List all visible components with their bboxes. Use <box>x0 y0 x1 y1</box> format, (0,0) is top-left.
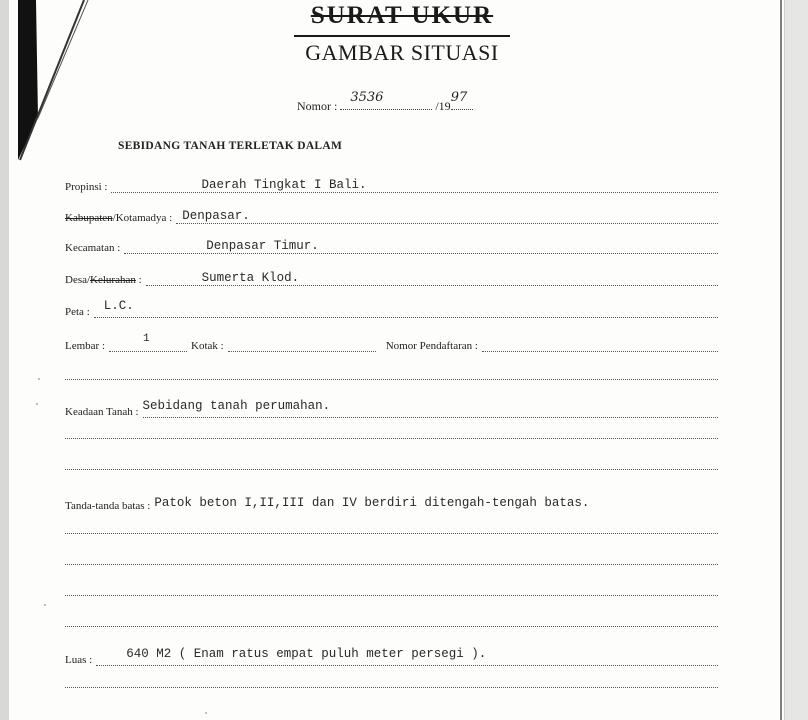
desa-label: Desa/Kelurahan : <box>65 274 146 286</box>
scan-right-margin <box>784 0 808 720</box>
scan-speck <box>44 604 46 606</box>
kecamatan-label: Kecamatan : <box>65 242 124 254</box>
peta-field: L.C. <box>94 304 718 318</box>
section-heading: SEBIDANG TANAH TERLETAK DALAM <box>118 140 342 152</box>
desa-field: Sumerta Klod. <box>146 272 718 286</box>
tanda-batas-label: Tanda-tanda batas : <box>65 500 154 512</box>
blank-dotted-line <box>65 437 718 439</box>
nomor-year-prefix: /19 <box>435 99 450 113</box>
lembar-field: 1 <box>109 338 187 352</box>
tanda-batas-row: Tanda-tanda batas : Patok beton I,II,III… <box>65 494 750 512</box>
kabupaten-value: Denpasar. <box>182 209 250 223</box>
scan-left-margin <box>0 0 9 720</box>
nomor-pendaftaran-field <box>482 338 718 352</box>
document-title: GAMBAR SITUASI <box>294 40 510 66</box>
kabupaten-label-struck: Kabupaten <box>65 212 113 224</box>
blank-dotted-line <box>65 468 718 470</box>
tanda-batas-value: Patok beton I,II,III dan IV berdiri dite… <box>154 496 589 510</box>
blank-dotted-line <box>65 532 718 534</box>
nomor-number: 3536 <box>350 90 383 105</box>
peta-row: Peta : L.C. <box>65 300 718 318</box>
kabupaten-row: Kabupaten/Kotamadya : Denpasar. <box>65 206 718 224</box>
blank-dotted-line <box>65 594 718 596</box>
kabupaten-label: Kabupaten/Kotamadya : <box>65 212 176 224</box>
keadaan-tanah-field: Sebidang tanah perumahan. <box>143 404 718 418</box>
keadaan-tanah-row: Keadaan Tanah : Sebidang tanah perumahan… <box>65 400 718 418</box>
desa-row: Desa/Kelurahan : Sumerta Klod. <box>65 268 718 286</box>
nomor-year-line: 97 <box>451 98 473 110</box>
title-struck-surat-ukur: SURAT UKUR <box>294 2 510 30</box>
scan-speck <box>205 712 207 714</box>
lembar-label: Lembar : <box>65 340 109 352</box>
luas-label: Luas : <box>65 654 96 666</box>
lembar-value: 1 <box>143 333 150 345</box>
kecamatan-value: Denpasar Timur. <box>206 239 319 253</box>
binder-mark <box>14 0 94 175</box>
peta-value: L.C. <box>104 299 134 313</box>
blank-dotted-line <box>65 378 718 380</box>
propinsi-field: Daerah Tingkat I Bali. <box>111 179 718 193</box>
title-rule <box>294 35 510 37</box>
scan-speck <box>38 378 40 380</box>
luas-field: 640 M2 ( Enam ratus empat puluh meter pe… <box>96 652 718 666</box>
page-edge-line <box>780 0 782 720</box>
nomor-number-line: 3536 <box>340 98 432 110</box>
lembar-row: Lembar : 1 Kotak : Nomor Pendaftaran : <box>65 334 718 352</box>
blank-dotted-line <box>65 686 718 688</box>
kecamatan-field: Denpasar Timur. <box>124 240 718 254</box>
luas-value: 640 M2 ( Enam ratus empat puluh meter pe… <box>126 647 486 661</box>
desa-value: Sumerta Klod. <box>202 271 300 285</box>
nomor-field: Nomor : 3536 /1997 <box>297 98 473 114</box>
blank-dotted-line <box>65 625 718 627</box>
peta-label: Peta : <box>65 306 94 318</box>
kelurahan-label-struck: Kelurahan <box>90 274 136 286</box>
kotamadya-label: /Kotamadya : <box>113 212 173 224</box>
kotak-label: Kotak : <box>187 340 228 352</box>
scan-speck <box>36 403 38 405</box>
luas-row: Luas : 640 M2 ( Enam ratus empat puluh m… <box>65 648 718 666</box>
keadaan-tanah-label: Keadaan Tanah : <box>65 406 143 418</box>
kabupaten-field: Denpasar. <box>176 210 718 224</box>
propinsi-label: Propinsi : <box>65 181 111 193</box>
propinsi-row: Propinsi : Daerah Tingkat I Bali. <box>65 175 718 193</box>
kotak-field <box>228 338 376 352</box>
kecamatan-row: Kecamatan : Denpasar Timur. <box>65 236 718 254</box>
tanda-batas-field: Patok beton I,II,III dan IV berdiri dite… <box>154 498 750 512</box>
propinsi-value: Daerah Tingkat I Bali. <box>201 178 366 192</box>
nomor-label: Nomor : <box>297 99 337 113</box>
nomor-year: 97 <box>451 90 468 105</box>
blank-dotted-line <box>65 563 718 565</box>
keadaan-tanah-value: Sebidang tanah perumahan. <box>143 399 331 413</box>
nomor-pendaftaran-label: Nomor Pendaftaran : <box>376 340 482 352</box>
